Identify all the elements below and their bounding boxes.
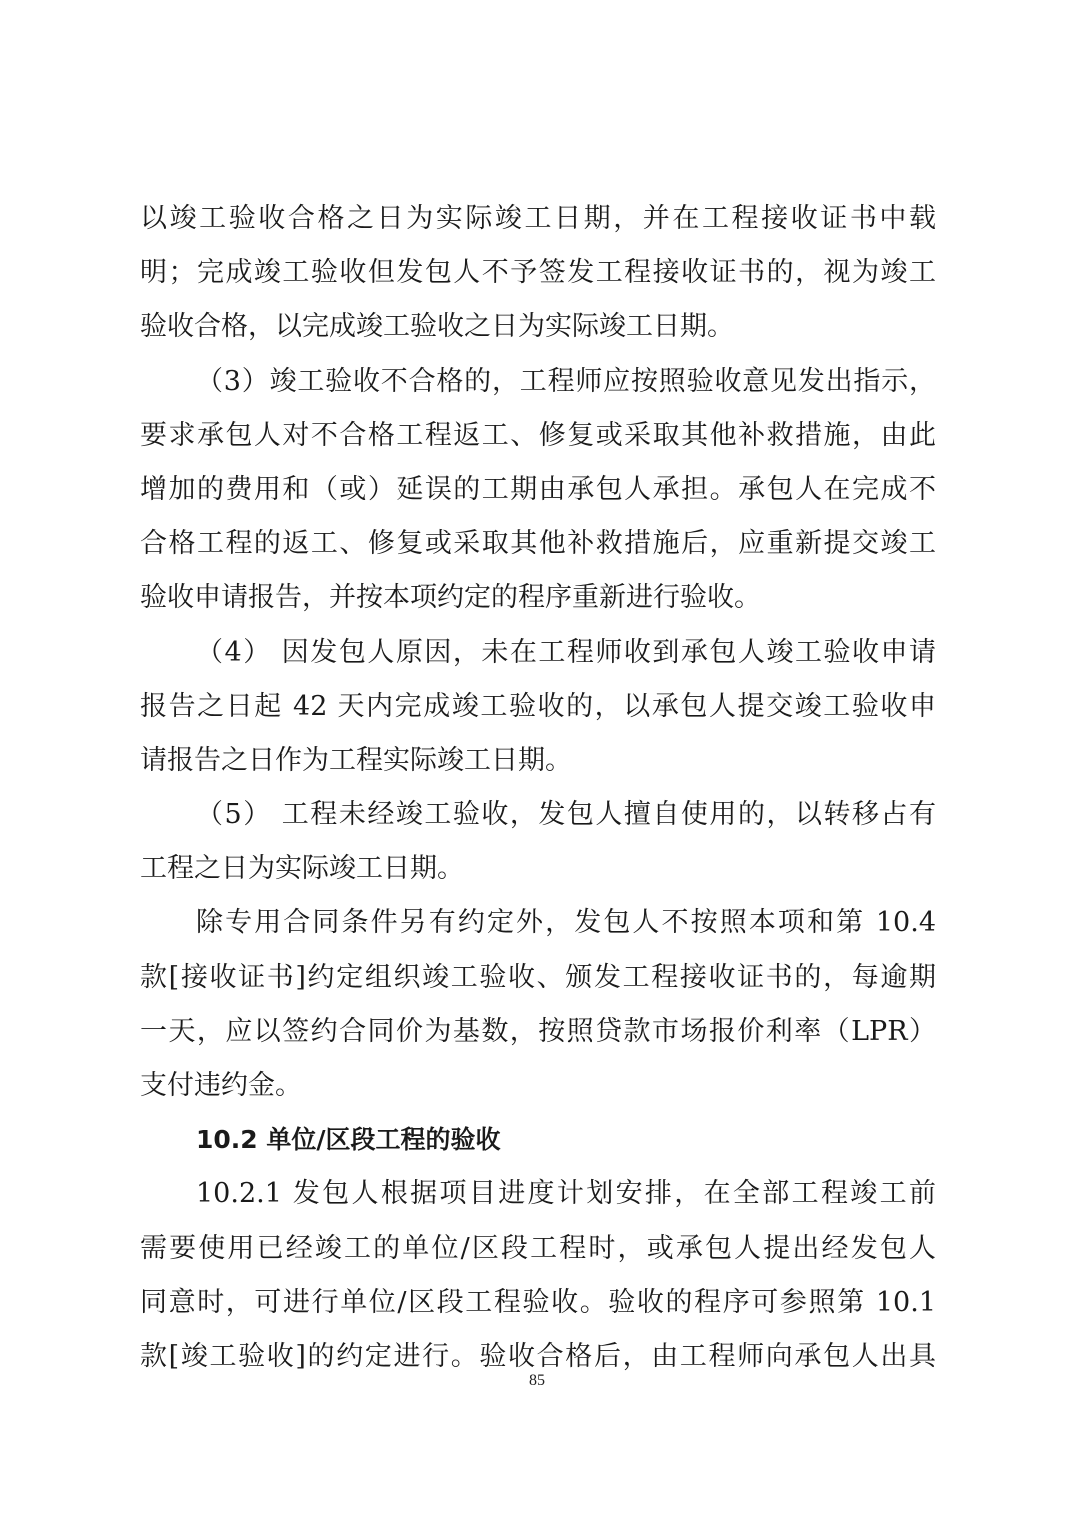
text-line: 除专用合同条件另有约定外，发包人不按照本项和第 10.4 xyxy=(140,900,936,954)
text-line: 增加的费用和（或）延误的工期由承包人承担。承包人在完成不 xyxy=(140,467,936,521)
page-number: 85 xyxy=(0,1372,1074,1390)
text-line: （4） 因发包人原因，未在工程师收到承包人竣工验收申请 xyxy=(140,630,936,684)
text-line: 合格工程的返工、修复或采取其他补救措施后，应重新提交竣工 xyxy=(140,521,936,575)
text-line: 验收申请报告，并按本项约定的程序重新进行验收。 xyxy=(140,575,936,629)
text-line: （3）竣工验收不合格的，工程师应按照验收意见发出指示， xyxy=(140,359,936,413)
text-line: 需要使用已经竣工的单位/区段工程时，或承包人提出经发包人 xyxy=(140,1226,936,1280)
text-line: 验收合格，以完成竣工验收之日为实际竣工日期。 xyxy=(140,304,936,358)
text-line: 要求承包人对不合格工程返工、修复或采取其他补救措施，由此 xyxy=(140,413,936,467)
document-page: 以竣工验收合格之日为实际竣工日期，并在工程接收证书中载 明；完成竣工验收但发包人… xyxy=(0,0,1074,1520)
text-line: （5） 工程未经竣工验收，发包人擅自使用的，以转移占有 xyxy=(140,792,936,846)
text-line: 10.2.1 发包人根据项目进度计划安排，在全部工程竣工前 xyxy=(140,1171,936,1225)
text-line: 以竣工验收合格之日为实际竣工日期，并在工程接收证书中载 xyxy=(140,196,936,250)
text-line: 报告之日起 42 天内完成竣工验收的，以承包人提交竣工验收申 xyxy=(140,684,936,738)
text-line: 一天，应以签约合同价为基数，按照贷款市场报价利率（LPR） xyxy=(140,1009,936,1063)
text-line: 请报告之日作为工程实际竣工日期。 xyxy=(140,738,936,792)
text-line: 同意时，可进行单位/区段工程验收。验收的程序可参照第 10.1 xyxy=(140,1280,936,1334)
body-text: 以竣工验收合格之日为实际竣工日期，并在工程接收证书中载 明；完成竣工验收但发包人… xyxy=(140,196,936,1388)
text-line: 工程之日为实际竣工日期。 xyxy=(140,846,936,900)
section-heading: 10.2 单位/区段工程的验收 xyxy=(140,1117,936,1171)
text-line: 支付违约金。 xyxy=(140,1063,936,1117)
text-line: 款[接收证书]约定组织竣工验收、颁发工程接收证书的，每逾期 xyxy=(140,955,936,1009)
text-line: 明；完成竣工验收但发包人不予签发工程接收证书的，视为竣工 xyxy=(140,250,936,304)
